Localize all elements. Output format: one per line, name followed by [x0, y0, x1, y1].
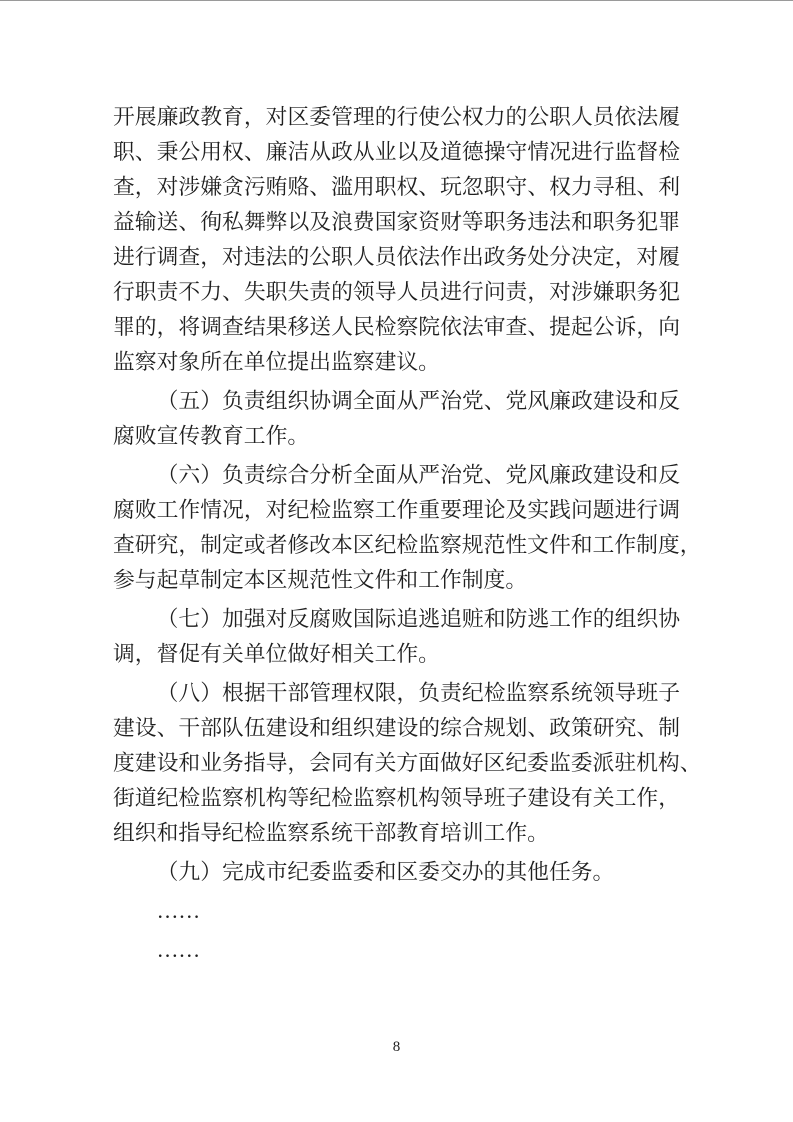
text-line: 度建设和业务指导，会同有关方面做好区纪委监委派驻机构、	[113, 746, 680, 781]
text-line: 罪的，将调查结果移送人民检察院依法审查、提起公诉，向	[113, 310, 680, 345]
text-line: 腐败宣传教育工作。	[113, 419, 680, 454]
document-body: 开展廉政教育，对区委管理的行使公权力的公职人员依法履职、秉公用权、廉洁从政从业以…	[113, 100, 680, 968]
text-line: 益输送、徇私舞弊以及浪费国家资财等职务违法和职务犯罪	[113, 205, 680, 240]
page-number: 8	[0, 1037, 793, 1057]
paragraph-8: ……	[113, 933, 680, 968]
text-line: 查研究，制定或者修改本区纪检监察规范性文件和工作制度，	[113, 528, 680, 563]
text-line: 组织和指导纪检监察系统干部教育培训工作。	[113, 816, 680, 851]
text-line: 监察对象所在单位提出监察建议。	[113, 345, 680, 380]
text-line: （七）加强对反腐败国际追逃追赃和防逃工作的组织协	[113, 602, 680, 637]
text-line: 建设、干部队伍建设和组织建设的综合规划、政策研究、制	[113, 711, 680, 746]
paragraph-6: （九）完成市纪委监委和区委交办的其他任务。	[113, 855, 680, 890]
paragraph-3: （六）负责综合分析全面从严治党、党风廉政建设和反腐败工作情况，对纪检监察工作重要…	[113, 458, 680, 598]
text-line: 进行调查，对违法的公职人员依法作出政务处分决定，对履	[113, 240, 680, 275]
paragraph-4: （七）加强对反腐败国际追逃追赃和防逃工作的组织协调，督促有关单位做好相关工作。	[113, 602, 680, 672]
paragraph-2: （五）负责组织协调全面从严治党、党风廉政建设和反腐败宣传教育工作。	[113, 384, 680, 454]
text-line: （九）完成市纪委监委和区委交办的其他任务。	[113, 855, 680, 890]
text-line: 行职责不力、失职失责的领导人员进行问责，对涉嫌职务犯	[113, 275, 680, 310]
text-line: （八）根据干部管理权限，负责纪检监察系统领导班子	[113, 676, 680, 711]
text-line: （六）负责综合分析全面从严治党、党风廉政建设和反	[113, 458, 680, 493]
text-line: （五）负责组织协调全面从严治党、党风廉政建设和反	[113, 384, 680, 419]
document-page: 开展廉政教育，对区委管理的行使公权力的公职人员依法履职、秉公用权、廉洁从政从业以…	[0, 0, 793, 1122]
text-line: 查，对涉嫌贪污贿赂、滥用职权、玩忽职守、权力寻租、利	[113, 170, 680, 205]
text-line: 职、秉公用权、廉洁从政从业以及道德操守情况进行监督检	[113, 135, 680, 170]
text-line: 开展廉政教育，对区委管理的行使公权力的公职人员依法履	[113, 100, 680, 135]
text-line: 腐败工作情况，对纪检监察工作重要理论及实践问题进行调	[113, 493, 680, 528]
text-line: ……	[113, 894, 680, 929]
text-line: 调，督促有关单位做好相关工作。	[113, 637, 680, 672]
paragraph-7: ……	[113, 894, 680, 929]
paragraph-5: （八）根据干部管理权限，负责纪检监察系统领导班子建设、干部队伍建设和组织建设的综…	[113, 676, 680, 851]
paragraph-1: 开展廉政教育，对区委管理的行使公权力的公职人员依法履职、秉公用权、廉洁从政从业以…	[113, 100, 680, 380]
text-line: ……	[113, 933, 680, 968]
text-line: 街道纪检监察机构等纪检监察机构领导班子建设有关工作，	[113, 781, 680, 816]
text-line: 参与起草制定本区规范性文件和工作制度。	[113, 563, 680, 598]
